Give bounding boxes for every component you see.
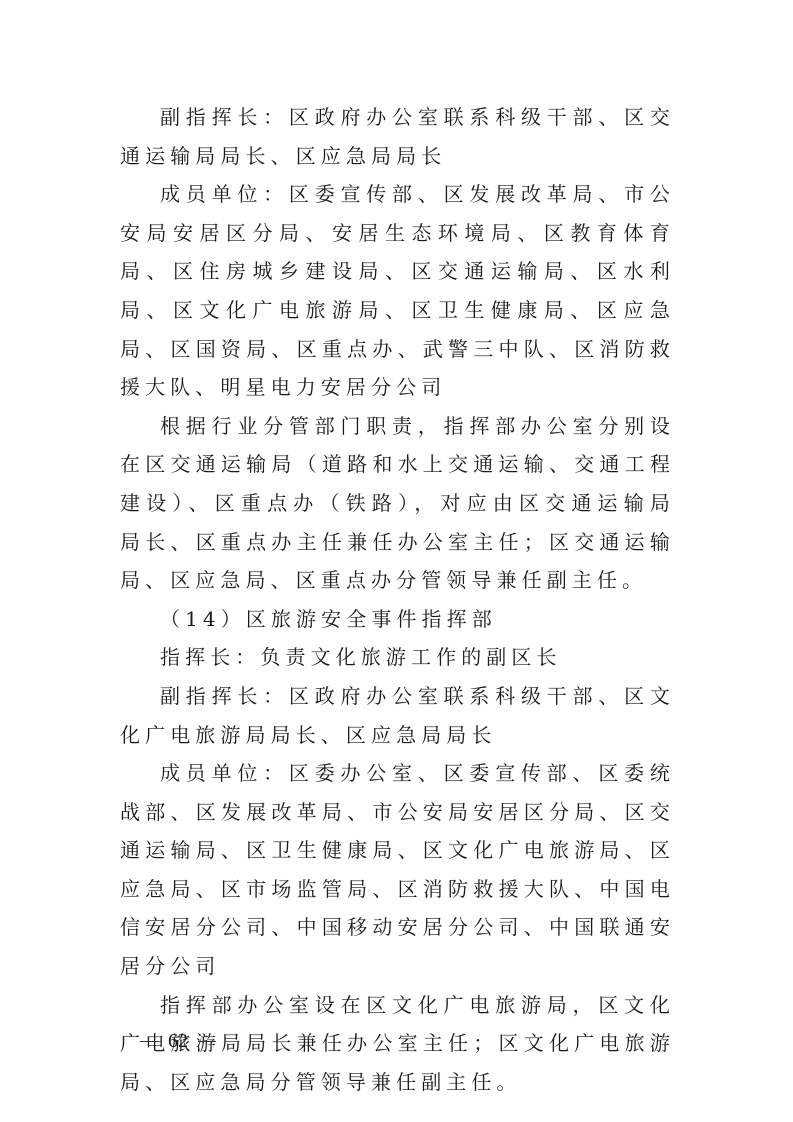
member-units-paragraph-2: 成员单位：区委办公室、区委宣传部、区委统战部、区发展改革局、市公安局安居区分局、… [120, 754, 675, 986]
member-units-paragraph: 成员单位：区委宣传部、区发展改革局、市公安局安居区分局、安居生态环境局、区教育体… [120, 175, 675, 407]
section-heading-14: （14）区旅游安全事件指挥部 [120, 600, 675, 639]
dash-right [198, 1041, 216, 1043]
dash-left [140, 1041, 158, 1043]
commander-paragraph: 指挥长：负责文化旅游工作的副区长 [120, 638, 675, 677]
deputy-commander-paragraph-2: 副指挥长：区政府办公室联系科级干部、区文化广电旅游局局长、区应急局局长 [120, 677, 675, 754]
deputy-commander-paragraph: 副指挥长：区政府办公室联系科级干部、区交通运输局局长、区应急局局长 [120, 98, 675, 175]
office-setup-paragraph: 根据行业分管部门职责，指挥部办公室分别设在区交通运输局（道路和水上交通运输、交通… [120, 407, 675, 600]
page-number: 62 [168, 1030, 188, 1053]
document-body: 副指挥长：区政府办公室联系科级干部、区交通运输局局长、区应急局局长 成员单位：区… [120, 98, 675, 1101]
page-footer: 62 [140, 1030, 216, 1053]
